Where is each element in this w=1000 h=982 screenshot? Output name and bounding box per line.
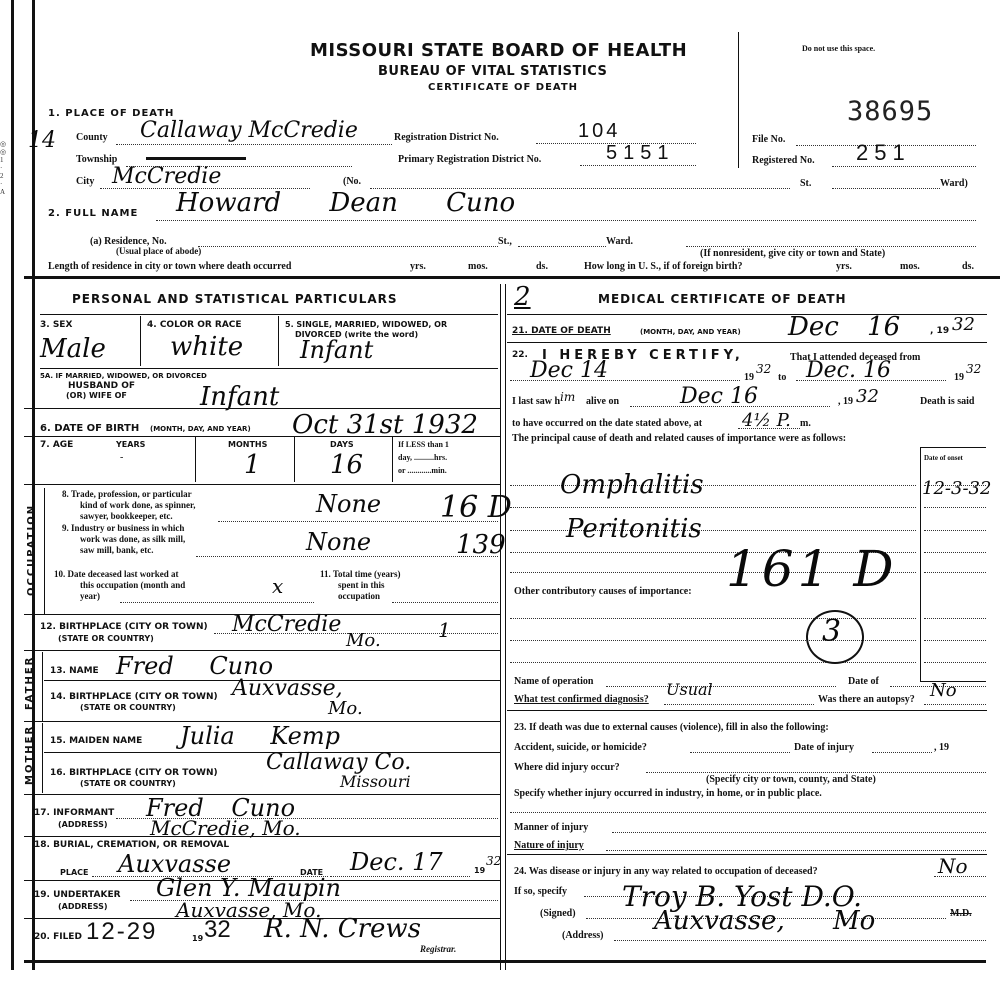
left-border bbox=[11, 0, 14, 970]
st-label: St. bbox=[800, 178, 811, 189]
other-causes-label: Other contributory causes of importance: bbox=[514, 586, 692, 597]
industry-label-3: saw mill, bank, etc. bbox=[80, 545, 154, 555]
registered-no-value[interactable]: 251 bbox=[856, 140, 911, 166]
total-time-label-2: spent in this bbox=[338, 580, 385, 590]
city-label: City bbox=[76, 176, 94, 187]
father-birthplace-sub: (STATE OR COUNTRY) bbox=[80, 703, 176, 712]
burial-date-line bbox=[330, 876, 470, 877]
primary-reg-value[interactable]: 5151 bbox=[606, 142, 675, 165]
industry-label: 9. Industry or business in which bbox=[62, 523, 184, 533]
autopsy-line bbox=[924, 704, 986, 705]
occupation-related-value[interactable]: No bbox=[938, 854, 968, 878]
address-value[interactable]: Auxvasse, Mo bbox=[654, 906, 875, 936]
last-saw-value[interactable]: Dec 16 bbox=[680, 384, 758, 409]
residence-ward-label: Ward. bbox=[606, 236, 633, 247]
residence-st-label: St., bbox=[498, 236, 512, 247]
nonresident-note: (If nonresident, give city or town and S… bbox=[700, 248, 885, 259]
last-worked-label-3: year) bbox=[80, 591, 100, 601]
spouse-row-line bbox=[24, 408, 500, 409]
maiden-name-label: 15. MAIDEN NAME bbox=[50, 736, 142, 746]
months-divider bbox=[294, 436, 295, 482]
medical-title-line bbox=[507, 314, 987, 315]
race-divider bbox=[278, 316, 279, 366]
last-saw-year-prefix: , 19 bbox=[838, 396, 853, 407]
address-line bbox=[614, 940, 986, 941]
to-year-prefix: 19 bbox=[954, 372, 964, 383]
last-saw-label: I last saw h bbox=[512, 396, 560, 407]
onset-line-5 bbox=[924, 572, 986, 573]
years-value[interactable]: - bbox=[120, 452, 123, 463]
length-residence-label: Length of residence in city or town wher… bbox=[48, 261, 291, 272]
informant-bottom-line bbox=[24, 836, 500, 837]
primary-reg-line bbox=[580, 165, 696, 166]
onset-header: Date of onset bbox=[924, 454, 963, 462]
county-line bbox=[116, 144, 392, 145]
occupation-related-label: 24. Was disease or injury in any way rel… bbox=[514, 866, 818, 877]
dob-row-line bbox=[24, 436, 500, 437]
years-label: YEARS bbox=[116, 440, 145, 449]
yrs-label: yrs. bbox=[410, 261, 426, 272]
test-value[interactable]: Usual bbox=[666, 680, 713, 699]
county-label: County bbox=[76, 132, 108, 143]
reserved-note: Do not use this space. bbox=[802, 44, 875, 53]
spouse-label-3: (OR) WIFE OF bbox=[66, 391, 127, 400]
last-saw-him[interactable]: im bbox=[560, 390, 575, 404]
burial-year-value[interactable]: 32 bbox=[486, 854, 501, 868]
industry-label-2: work was done, as silk mill, bbox=[80, 534, 185, 544]
address-label: (Address) bbox=[562, 930, 603, 941]
operation-label: Name of operation bbox=[514, 676, 593, 687]
birthplace-state-value[interactable]: Mo. bbox=[346, 630, 381, 651]
total-time-line bbox=[392, 602, 498, 603]
principal-cause-label: The principal cause of death and related… bbox=[512, 433, 846, 444]
industry-line bbox=[196, 556, 498, 557]
where-injury-line bbox=[646, 772, 986, 773]
father-side-divider bbox=[42, 652, 43, 722]
burial-year-prefix: 19 bbox=[474, 866, 485, 875]
county-value[interactable]: Callaway McCredie bbox=[140, 118, 358, 143]
occupation-related-line bbox=[934, 876, 986, 877]
filed-year-value[interactable]: 32 bbox=[204, 916, 231, 944]
days-divider bbox=[392, 436, 393, 482]
circled-number: 3 bbox=[822, 614, 841, 649]
manner-line bbox=[612, 832, 986, 833]
dod-line bbox=[507, 342, 987, 343]
other-line-3 bbox=[510, 662, 916, 663]
ward-label: Ward) bbox=[940, 178, 968, 189]
age-row-line bbox=[24, 484, 500, 485]
race-value[interactable]: white bbox=[170, 332, 243, 362]
sex-divider bbox=[140, 316, 141, 366]
dod-year-value[interactable]: 32 bbox=[952, 314, 975, 335]
residence-sub: (Usual place of abode) bbox=[116, 246, 201, 256]
cause1-value[interactable]: Omphalitis bbox=[560, 470, 704, 500]
marital-label: 5. SINGLE, MARRIED, WIDOWED, OR bbox=[285, 320, 447, 329]
if-so-specify-label: If so, specify bbox=[514, 886, 567, 897]
left-bottom-line bbox=[24, 960, 500, 963]
industry-code-mark: 139 bbox=[456, 530, 506, 560]
residence-ward-line bbox=[518, 246, 606, 247]
filed-label: 20. FILED bbox=[34, 932, 82, 942]
min-label: or ............min. bbox=[398, 466, 447, 475]
dob-sub: (MONTH, DAY, AND YEAR) bbox=[150, 425, 251, 433]
dod-value[interactable]: Dec 16 bbox=[788, 312, 900, 342]
dod-label: 21. DATE OF DEATH bbox=[512, 326, 611, 336]
injury-date-line bbox=[872, 752, 932, 753]
informant-sub: (ADDRESS) bbox=[58, 820, 108, 829]
autopsy-bottom-line bbox=[507, 710, 987, 711]
registered-no-line bbox=[832, 166, 976, 167]
filed-date-value[interactable]: 12-29 bbox=[86, 918, 157, 946]
m-label: m. bbox=[800, 418, 811, 429]
dod-sub: (MONTH, DAY, AND YEAR) bbox=[640, 328, 741, 336]
last-worked-line bbox=[120, 602, 314, 603]
injury-date-label: Date of injury bbox=[794, 742, 854, 753]
alive-on-label: alive on bbox=[586, 396, 619, 407]
personal-top-line bbox=[40, 314, 498, 315]
total-time-label-3: occupation bbox=[338, 591, 380, 601]
occupation-side-divider bbox=[44, 488, 45, 614]
trade-label: 8. Trade, profession, or particular bbox=[62, 489, 192, 499]
mother-side-label: MOTHER bbox=[24, 725, 35, 785]
reg-district-label: Registration District No. bbox=[394, 132, 499, 143]
header-separator bbox=[24, 276, 1000, 279]
manner-label: Manner of injury bbox=[514, 822, 588, 833]
medical-section-number: 2 bbox=[514, 282, 531, 312]
onset-line-2 bbox=[924, 507, 986, 508]
where-injury-sub: (Specify city or town, county, and State… bbox=[706, 774, 876, 785]
undertaker-sub: (ADDRESS) bbox=[58, 902, 108, 911]
race-label: 4. COLOR OR RACE bbox=[147, 320, 242, 330]
accident-line bbox=[690, 752, 790, 753]
father-side-label: FATHER bbox=[24, 656, 35, 710]
dod-year-prefix: , 19 bbox=[930, 326, 949, 336]
us-label: How long in U. S., if of foreign birth? bbox=[584, 261, 742, 272]
dob-label: 6. DATE OF BIRTH bbox=[40, 423, 139, 434]
onset-column-divider bbox=[920, 447, 921, 681]
file-no-label: File No. bbox=[752, 134, 785, 145]
ward-line bbox=[832, 188, 940, 189]
burial-date-value[interactable]: Dec. 17 bbox=[350, 848, 443, 876]
last-worked-label: 10. Date deceased last worked at bbox=[54, 569, 178, 579]
mother-side-divider bbox=[42, 723, 43, 793]
birthplace-mark: 1 bbox=[438, 618, 451, 642]
autopsy-value[interactable]: No bbox=[930, 680, 957, 701]
total-time-label: 11. Total time (years) bbox=[320, 569, 401, 579]
occupation-side-label: OCCUPATION bbox=[26, 504, 37, 596]
hrs-label: day, ..........hrs. bbox=[398, 453, 447, 462]
cause2-value[interactable]: Peritonitis bbox=[566, 514, 702, 544]
medical-section-title: MEDICAL CERTIFICATE OF DEATH bbox=[598, 292, 847, 306]
sex-value[interactable]: Male bbox=[40, 334, 106, 364]
specify-place-label: Specify whether injury occurred in indus… bbox=[514, 788, 822, 799]
bureau-title: BUREAU OF VITAL STATISTICS bbox=[378, 64, 607, 79]
onset-line-8 bbox=[924, 662, 986, 663]
filed-year-prefix: 19 bbox=[192, 934, 203, 943]
time-value[interactable]: 4½ P. bbox=[742, 410, 791, 431]
column-divider-2 bbox=[505, 284, 506, 970]
township-strikeout bbox=[146, 157, 246, 160]
reg-district-value[interactable]: 104 bbox=[578, 120, 620, 143]
mother-birthplace-sub: (STATE OR COUNTRY) bbox=[80, 779, 176, 788]
burial-label: 18. BURIAL, CREMATION, OR REMOVAL bbox=[34, 840, 229, 850]
father-name-label: 13. NAME bbox=[50, 666, 99, 676]
last-worked-label-2: this occupation (month and bbox=[80, 580, 185, 590]
mother-birthplace-label: 16. BIRTHPLACE (CITY OR TOWN) bbox=[50, 768, 218, 778]
injury-year-label: , 19 bbox=[934, 742, 949, 753]
cause-code-mark: 161 D bbox=[726, 540, 897, 598]
last-worked-value[interactable]: x bbox=[272, 574, 283, 598]
certify-number: 22. bbox=[512, 350, 528, 360]
birthplace-bottom-line bbox=[24, 650, 500, 651]
primary-reg-label: Primary Registration District No. bbox=[398, 154, 541, 165]
father-birthplace-city[interactable]: Auxvasse, bbox=[232, 676, 343, 701]
registrar-signature: R. N. Crews bbox=[264, 914, 421, 944]
full-name-label: 2. FULL NAME bbox=[48, 208, 138, 219]
form-title: MISSOURI STATE BOARD OF HEALTH bbox=[310, 40, 687, 61]
nonresident-line bbox=[686, 246, 976, 247]
burial-place-label: PLACE bbox=[60, 868, 89, 877]
full-name-line bbox=[156, 220, 976, 221]
autopsy-label: Was there an autopsy? bbox=[818, 694, 915, 705]
to-label: to bbox=[778, 372, 786, 383]
father-birthplace-label: 14. BIRTHPLACE (CITY OR TOWN) bbox=[50, 692, 218, 702]
nature-line bbox=[606, 850, 986, 851]
us-yrs-label: yrs. bbox=[836, 261, 852, 272]
mos-label: mos. bbox=[468, 261, 488, 272]
signed-label: (Signed) bbox=[540, 908, 576, 919]
onset-top-line bbox=[920, 447, 986, 448]
cause-line-2 bbox=[510, 507, 916, 508]
certificate-title: CERTIFICATE OF DEATH bbox=[428, 82, 578, 93]
occupation-code-mark: 16 D bbox=[440, 490, 512, 525]
accident-label: Accident, suicide, or homicide? bbox=[514, 742, 647, 753]
external-bottom-line bbox=[507, 854, 987, 855]
onset-line-4 bbox=[924, 552, 986, 553]
occurred-label: to have occurred on the date stated abov… bbox=[512, 418, 702, 429]
trade-value[interactable]: None bbox=[316, 490, 381, 518]
specify-place-line bbox=[510, 812, 986, 813]
days-label: DAYS bbox=[330, 440, 354, 449]
years-divider bbox=[195, 436, 196, 482]
header-divider bbox=[738, 32, 739, 168]
test-label: What test confirmed diagnosis? bbox=[514, 694, 649, 705]
cause1-onset[interactable]: 12-3-32 bbox=[922, 478, 991, 499]
trade-label-2: kind of work done, as spinner, bbox=[80, 500, 195, 510]
test-line bbox=[664, 704, 814, 705]
operation-date-label: Date of bbox=[848, 676, 879, 687]
us-mos-label: mos. bbox=[900, 261, 920, 272]
onset-line-6 bbox=[924, 618, 986, 619]
sex-label: 3. SEX bbox=[40, 320, 72, 330]
personal-section-title: PERSONAL AND STATISTICAL PARTICULARS bbox=[72, 292, 398, 306]
maiden-name-value[interactable]: Julia Kemp bbox=[180, 722, 340, 750]
no-label: (No. bbox=[343, 176, 361, 187]
registrar-label: Registrar. bbox=[420, 944, 456, 954]
stamp-number: 38695 bbox=[847, 96, 933, 127]
edge-stamp: ◎◎1·2·A bbox=[0, 140, 10, 290]
father-birthplace-state[interactable]: Mo. bbox=[328, 698, 363, 719]
onset-line-3 bbox=[924, 530, 986, 531]
registered-no-label: Registered No. bbox=[752, 155, 815, 166]
margin-note: 14 bbox=[28, 128, 56, 153]
birthplace-label: 12. BIRTHPLACE (CITY OR TOWN) bbox=[40, 622, 208, 632]
residence-line bbox=[198, 246, 498, 247]
operation-line bbox=[606, 686, 836, 687]
nature-label: Nature of injury bbox=[514, 840, 584, 851]
where-injury-label: Where did injury occur? bbox=[514, 762, 620, 773]
from-year-value[interactable]: 32 bbox=[756, 362, 771, 376]
undertaker-label: 19. UNDERTAKER bbox=[34, 890, 121, 900]
md-struck: M.D. bbox=[950, 908, 972, 919]
birthplace-sub: (STATE OR COUNTRY) bbox=[58, 634, 154, 643]
spouse-label-2: HUSBAND OF bbox=[68, 381, 135, 391]
marital-value[interactable]: Infant bbox=[300, 336, 373, 364]
sex-row-line bbox=[40, 368, 498, 369]
age-label: 7. AGE bbox=[40, 440, 73, 450]
attended-to-value[interactable]: Dec. 16 bbox=[806, 358, 891, 383]
days-value[interactable]: 16 bbox=[330, 450, 363, 480]
less-than-label: If LESS than 1 bbox=[398, 440, 449, 449]
full-name-value[interactable]: Howard Dean Cuno bbox=[176, 188, 515, 218]
right-bottom-line bbox=[500, 960, 986, 963]
us-ds-label: ds. bbox=[962, 261, 974, 272]
informant-label: 17. INFORMANT bbox=[34, 808, 114, 818]
from-year-prefix: 19 bbox=[744, 372, 754, 383]
last-saw-year[interactable]: 32 bbox=[856, 386, 879, 407]
death-said-label: Death is said bbox=[920, 396, 974, 407]
onset-line-1 bbox=[924, 485, 986, 486]
months-value[interactable]: 1 bbox=[244, 450, 261, 480]
months-label: MONTHS bbox=[228, 440, 267, 449]
birthplace-city-value[interactable]: McCredie bbox=[232, 612, 341, 637]
trade-label-3: sawyer, bookkeeper, etc. bbox=[80, 511, 173, 521]
to-year-value[interactable]: 32 bbox=[966, 362, 981, 376]
mother-birthplace-state[interactable]: Missouri bbox=[340, 772, 411, 791]
city-value[interactable]: McCredie bbox=[112, 164, 221, 189]
attended-from-value[interactable]: Dec 14 bbox=[530, 358, 608, 383]
ds-label: ds. bbox=[536, 261, 548, 272]
external-causes-label: 23. If death was due to external causes … bbox=[514, 722, 829, 733]
industry-value[interactable]: None bbox=[306, 528, 371, 556]
spouse-label: 5A. IF MARRIED, WIDOWED, OR DIVORCED bbox=[40, 372, 207, 380]
onset-line-7 bbox=[924, 640, 986, 641]
